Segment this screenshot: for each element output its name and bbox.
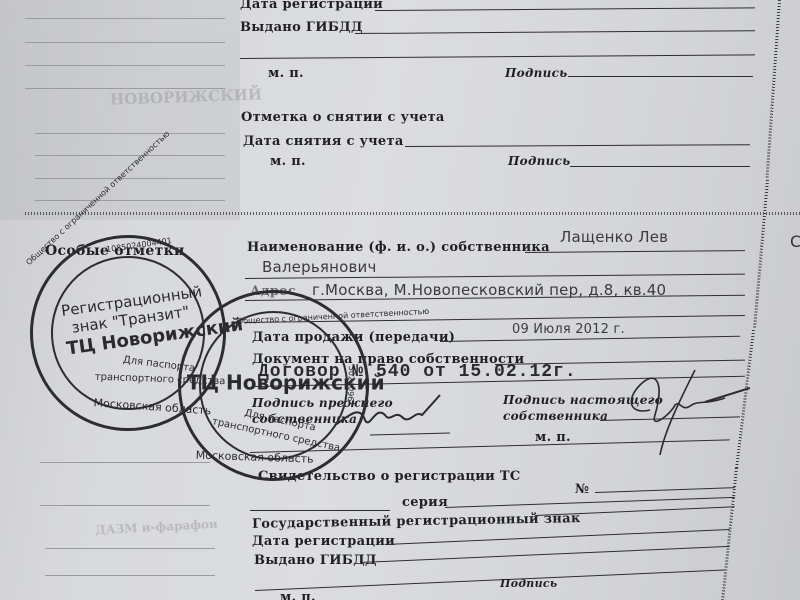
issued-by-label-2: Выдано ГИБДД xyxy=(254,553,377,568)
vehicle-passport-page: НОВОРИЖСКИЙ ДАЗМ и-фарафон Дата регистра… xyxy=(0,0,800,600)
owner-name-continued: Валерьянович xyxy=(262,258,377,276)
certificate-number-label: № xyxy=(575,482,589,497)
form-line xyxy=(360,546,730,563)
deregistration-date-label: Дата снятия с учета xyxy=(243,134,404,149)
faint-line xyxy=(40,462,210,463)
right-edge-char: С xyxy=(790,232,800,251)
form-line xyxy=(240,54,755,59)
issued-by-label: Выдано ГИБДД xyxy=(240,20,363,35)
stamp-place-label: м. п. xyxy=(270,154,306,169)
form-line xyxy=(445,497,735,508)
faint-line xyxy=(45,548,215,549)
faint-line xyxy=(25,42,225,43)
deregistration-heading: Отметка о снятии с учета xyxy=(241,110,445,125)
paper-shadow xyxy=(0,0,240,220)
owner-name-label: Наименование (ф. и. о.) собственника xyxy=(247,240,550,255)
form-line xyxy=(250,510,390,511)
faint-line xyxy=(25,88,225,89)
form-line xyxy=(255,569,725,591)
signature-line xyxy=(570,166,750,167)
registration-date-label: Дата регистрации xyxy=(240,0,383,12)
perforation-vertical xyxy=(765,0,781,180)
signature-label-2: Подпись xyxy=(500,577,557,590)
stamp-place-label: м. п. xyxy=(268,66,304,81)
signature-line xyxy=(568,76,753,77)
faint-line xyxy=(45,575,215,576)
form-line xyxy=(355,30,755,34)
form-line xyxy=(375,7,755,11)
owner-name-value: Лащенко Лев xyxy=(560,228,668,246)
faint-line xyxy=(35,155,225,156)
plate-label: Государственный регистрационный знак xyxy=(252,511,581,532)
form-line xyxy=(525,250,745,253)
form-line xyxy=(595,487,735,493)
faint-line xyxy=(40,505,210,506)
current-owner-signature-label-2: собственника xyxy=(503,409,608,423)
stamp-ogrn: 5024096 xyxy=(346,366,356,402)
stamp-region: Московская область xyxy=(196,449,314,466)
stamp-ring-text: Общество с ограниченной ответственностью xyxy=(237,307,430,326)
stamp-place-label-2: м. п. xyxy=(280,590,316,600)
form-line xyxy=(385,529,730,545)
faint-line xyxy=(25,65,225,66)
signature-label: Подпись xyxy=(505,66,567,80)
faint-line xyxy=(35,133,225,134)
current-owner-signature xyxy=(610,360,750,470)
faint-line xyxy=(35,178,225,179)
form-line xyxy=(405,144,750,147)
sale-date-value: 09 Июля 2012 г. xyxy=(512,322,625,337)
perforation-vertical xyxy=(753,180,769,330)
faint-line xyxy=(25,18,225,19)
signature-label: Подпись xyxy=(508,154,570,168)
series-label: серия xyxy=(402,495,448,510)
faint-line xyxy=(35,200,225,201)
bleed-through-text-bottom: ДАЗМ и-фарафон xyxy=(95,517,218,537)
stamp-ogrn: 1085024004401 xyxy=(106,236,173,254)
perforation-line xyxy=(25,212,800,215)
registration-date-label-2: Дата регистрации xyxy=(252,534,395,549)
